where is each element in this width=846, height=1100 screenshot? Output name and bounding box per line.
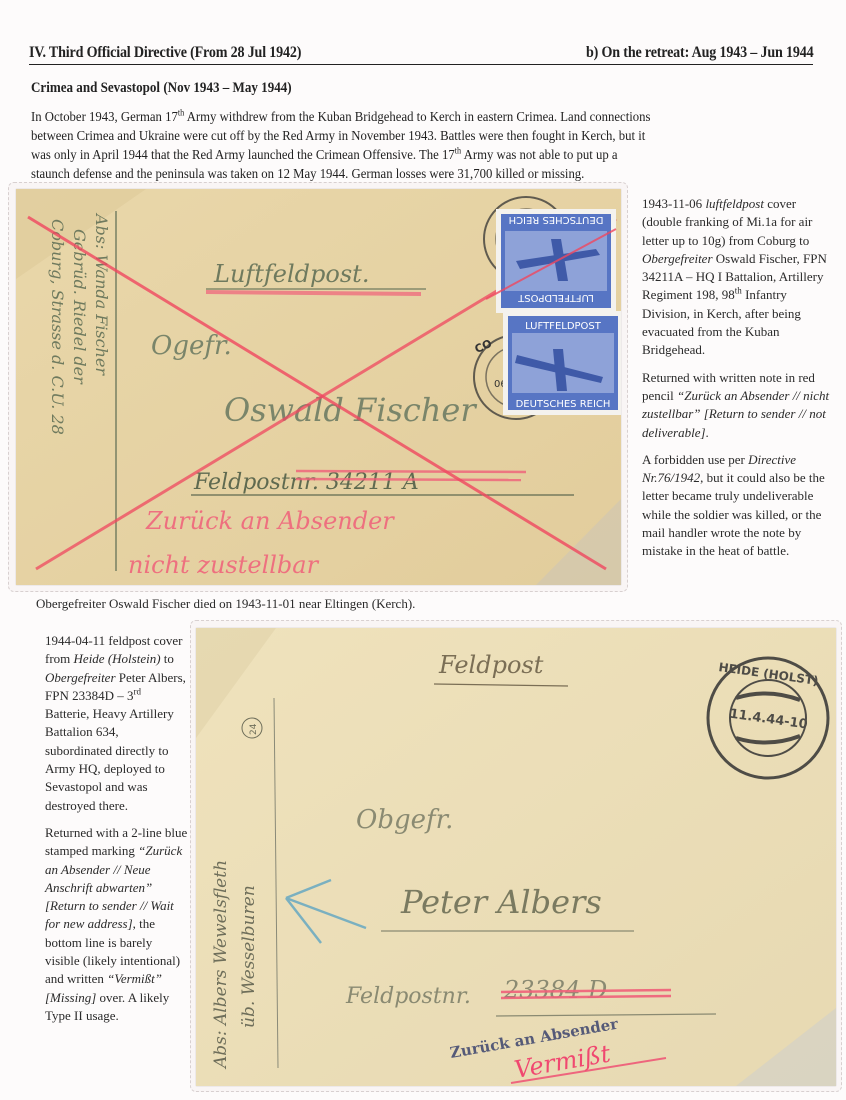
svg-text:Ogefr.: Ogefr. xyxy=(151,331,232,361)
svg-text:LUFTFELDPOST: LUFTFELDPOST xyxy=(517,292,594,303)
intro-paragraph: In October 1943, German 17th Army withdr… xyxy=(31,108,814,184)
chapter-title: IV. Third Official Directive (From 28 Ju… xyxy=(29,44,301,62)
svg-text:Coburg, Strasse d. C.U. 28: Coburg, Strasse d. C.U. 28 xyxy=(48,219,67,435)
svg-text:LUFTFELDPOST: LUFTFELDPOST xyxy=(525,321,602,332)
svg-text:Oswald Fischer: Oswald Fischer xyxy=(224,391,477,429)
page-header: IV. Third Official Directive (From 28 Ju… xyxy=(29,36,813,65)
svg-text:DEUTSCHES REICH: DEUTSCHES REICH xyxy=(509,214,604,225)
svg-text:Feldpostnr.: Feldpostnr. xyxy=(345,984,471,1009)
svg-text:Feldpostnr. 34211 A: Feldpostnr. 34211 A xyxy=(193,470,419,495)
cover1-sender-line1: Abs: Wanda Fischer xyxy=(92,212,111,376)
svg-text:Feldpost: Feldpost xyxy=(438,651,544,679)
cover2-envelope-art: Abs: Albers Wewelsfleth üb. Wesselburen … xyxy=(196,628,836,1086)
cover1-header-script: Luftfeldpost. xyxy=(213,260,369,288)
section-title: Crimea and Sevastopol (Nov 1943 – May 19… xyxy=(31,80,292,97)
svg-text:Obgefr.: Obgefr. xyxy=(356,805,453,835)
cover1-stamp-upright: LUFTFELDPOST DEUTSCHES REICH xyxy=(503,311,621,415)
svg-text:üb. Wesselburen: üb. Wesselburen xyxy=(239,885,259,1028)
svg-text:nicht zustellbar: nicht zustellbar xyxy=(128,551,320,579)
cover1-caption: Obergefreiter Oswald Fischer died on 194… xyxy=(36,596,415,612)
svg-text:Abs: Albers Wewelsfleth: Abs: Albers Wewelsfleth xyxy=(211,860,231,1070)
subsection-title: b) On the retreat: Aug 1943 – Jun 1944 xyxy=(586,44,813,62)
svg-text:Peter Albers: Peter Albers xyxy=(400,883,602,921)
cover1-envelope-art: Abs: Wanda Fischer Gebrüd. Riedel der Co… xyxy=(16,189,621,585)
cover1-description: 1943-11-06 luftfeldpost cover (double fr… xyxy=(642,195,832,570)
svg-text:Zurück an Absender: Zurück an Absender xyxy=(145,507,395,535)
cover1-envelope: Abs: Wanda Fischer Gebrüd. Riedel der Co… xyxy=(16,189,621,585)
cover2-description: 1944-04-11 feldpost cover from Heide (Ho… xyxy=(45,632,188,1034)
svg-text:DEUTSCHES REICH: DEUTSCHES REICH xyxy=(516,399,611,410)
svg-text:24: 24 xyxy=(249,723,259,735)
cover2-envelope: Abs: Albers Wewelsfleth üb. Wesselburen … xyxy=(196,628,836,1086)
